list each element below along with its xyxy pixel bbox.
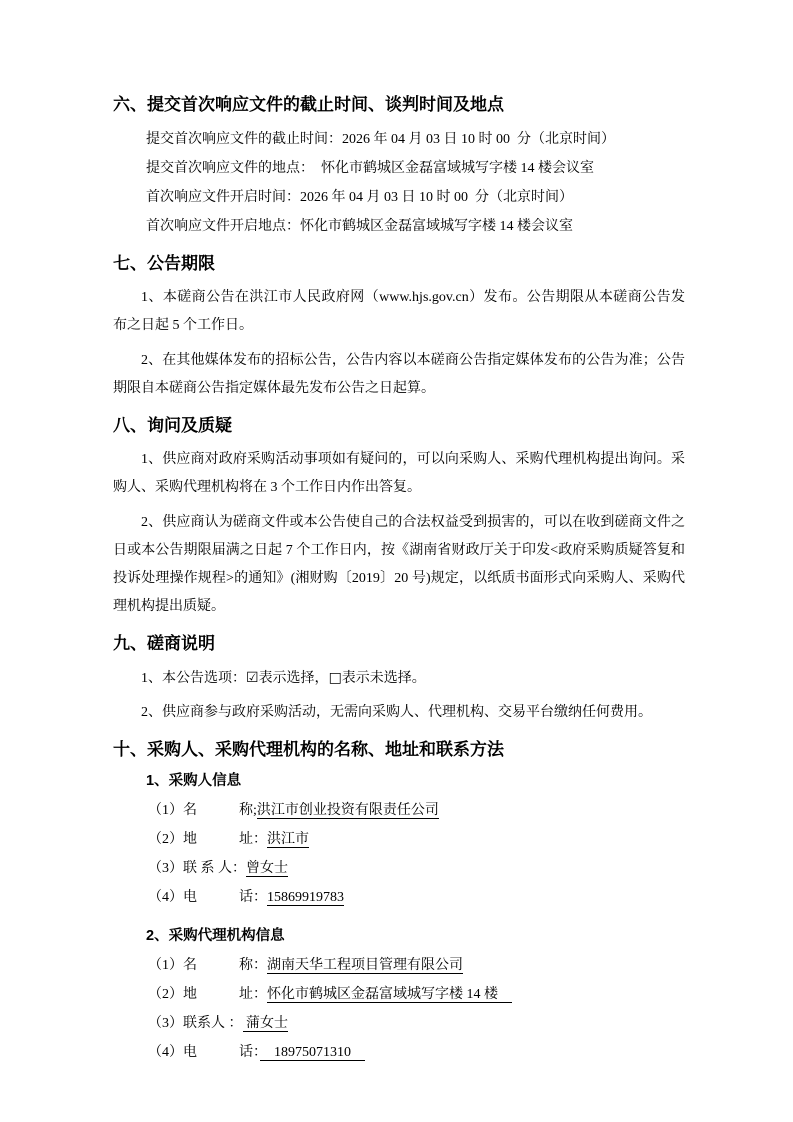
purchaser-address-label: （2）地 址： — [148, 832, 267, 847]
section-six-heading: 六、提交首次响应文件的截止时间、谈判时间及地点 — [113, 93, 685, 116]
opening-location-line: 首次响应文件开启地点：怀化市鹤城区金磊富域城写字楼 14 楼会议室 — [146, 212, 685, 241]
inquiry-para-1: 1、供应商对政府采购活动事项如有疑问的，可以向采购人、采购代理机构提出询问。采购… — [113, 446, 685, 502]
agency-address-value: 怀化市鹤城区金磊富域城写字楼 14 楼 — [267, 987, 512, 1003]
agency-phone-value: 18975071310 — [260, 1045, 365, 1061]
purchaser-info-block: 1、采购人信息 （1）名 称;洪江市创业投资有限责任公司 （2）地 址：洪江市 … — [113, 770, 685, 912]
section-ten: 十、采购人、采购代理机构的名称、地址和联系方法 1、采购人信息 （1）名 称;洪… — [113, 738, 685, 1067]
checked-option-label: 表示选择， — [259, 671, 329, 686]
agency-address-row: （2）地 址：怀化市鹤城区金磊富域城写字楼 14 楼 — [148, 980, 685, 1009]
document-page: 六、提交首次响应文件的截止时间、谈判时间及地点 提交首次响应文件的截止时间：20… — [0, 0, 793, 1122]
submission-location-line: 提交首次响应文件的地点： 怀化市鹤城区金磊富域城写字楼 14 楼会议室 — [146, 154, 685, 183]
agency-name-value: 湖南天华工程项目管理有限公司 — [267, 958, 463, 974]
agency-info-subtitle: 2、采购代理机构信息 — [146, 925, 685, 947]
checked-checkbox-icon: ☑ — [246, 670, 259, 686]
agency-contact-label: （3）联系人 ： — [148, 1016, 243, 1031]
purchaser-phone-value: 15869919783 — [267, 890, 344, 906]
purchaser-info-subtitle: 1、采购人信息 — [146, 770, 685, 792]
opening-time-line: 首次响应文件开启时间：2026 年 04 月 03 日 10 时 00 分（北京… — [146, 183, 685, 212]
section-seven-heading: 七、公告期限 — [113, 252, 685, 275]
purchaser-name-row: （1）名 称;洪江市创业投资有限责任公司 — [148, 796, 685, 825]
section-seven: 七、公告期限 1、本磋商公告在洪江市人民政府网（www.hjs.gov.cn）发… — [113, 252, 685, 403]
purchaser-name-label: （1）名 称; — [148, 803, 257, 818]
agency-address-label: （2）地 址： — [148, 987, 267, 1002]
inquiry-para-2: 2、供应商认为磋商文件或本公告使自己的合法权益受到损害的，可以在收到磋商文件之日… — [113, 509, 685, 621]
purchaser-phone-row: （4）电 话：15869919783 — [148, 883, 685, 912]
unchecked-checkbox-icon: □ — [329, 670, 342, 686]
agency-name-row: （1）名 称：湖南天华工程项目管理有限公司 — [148, 951, 685, 980]
purchaser-address-value: 洪江市 — [267, 832, 309, 848]
announcement-period-para-2: 2、在其他媒体发布的招标公告，公告内容以本磋商公告指定媒体发布的公告为准；公告期… — [113, 347, 685, 403]
purchaser-phone-label: （4）电 话： — [148, 890, 267, 905]
announcement-period-para-1: 1、本磋商公告在洪江市人民政府网（www.hjs.gov.cn）发布。公告期限从… — [113, 284, 685, 340]
unchecked-option-label: 表示未选择。 — [342, 671, 426, 686]
purchaser-address-row: （2）地 址：洪江市 — [148, 825, 685, 854]
purchaser-name-value: 洪江市创业投资有限责任公司 — [257, 803, 439, 819]
section-ten-heading: 十、采购人、采购代理机构的名称、地址和联系方法 — [113, 738, 685, 761]
agency-info-block: 2、采购代理机构信息 （1）名 称：湖南天华工程项目管理有限公司 （2）地 址：… — [113, 925, 685, 1067]
section-eight-heading: 八、询问及质疑 — [113, 414, 685, 437]
section-nine-heading: 九、磋商说明 — [113, 632, 685, 655]
purchaser-contact-value: 曾女士 — [246, 861, 288, 877]
purchaser-contact-row: （3）联 系 人：曾女士 — [148, 854, 685, 883]
section-nine: 九、磋商说明 1、本公告选项：☑表示选择，□表示未选择。 2、供应商参与政府采购… — [113, 632, 685, 727]
agency-contact-row: （3）联系人 ： 蒲女士 — [148, 1009, 685, 1038]
agency-contact-value: 蒲女士 — [243, 1016, 289, 1032]
no-fee-line: 2、供应商参与政府采购活动，无需向采购人、代理机构、交易平台缴纳任何费用。 — [113, 699, 685, 727]
option-legend-prefix: 1、本公告选项： — [141, 671, 246, 686]
section-eight: 八、询问及质疑 1、供应商对政府采购活动事项如有疑问的，可以向采购人、采购代理机… — [113, 414, 685, 621]
agency-name-label: （1）名 称： — [148, 958, 267, 973]
agency-phone-row: （4）电 话： 18975071310 — [148, 1038, 685, 1067]
submission-deadline-line: 提交首次响应文件的截止时间：2026 年 04 月 03 日 10 时 00 分… — [146, 125, 685, 154]
purchaser-contact-label: （3）联 系 人： — [148, 861, 246, 876]
section-six: 六、提交首次响应文件的截止时间、谈判时间及地点 提交首次响应文件的截止时间：20… — [113, 93, 685, 241]
agency-phone-label: （4）电 话： — [148, 1045, 260, 1060]
option-legend-line: 1、本公告选项：☑表示选择，□表示未选择。 — [113, 664, 685, 693]
